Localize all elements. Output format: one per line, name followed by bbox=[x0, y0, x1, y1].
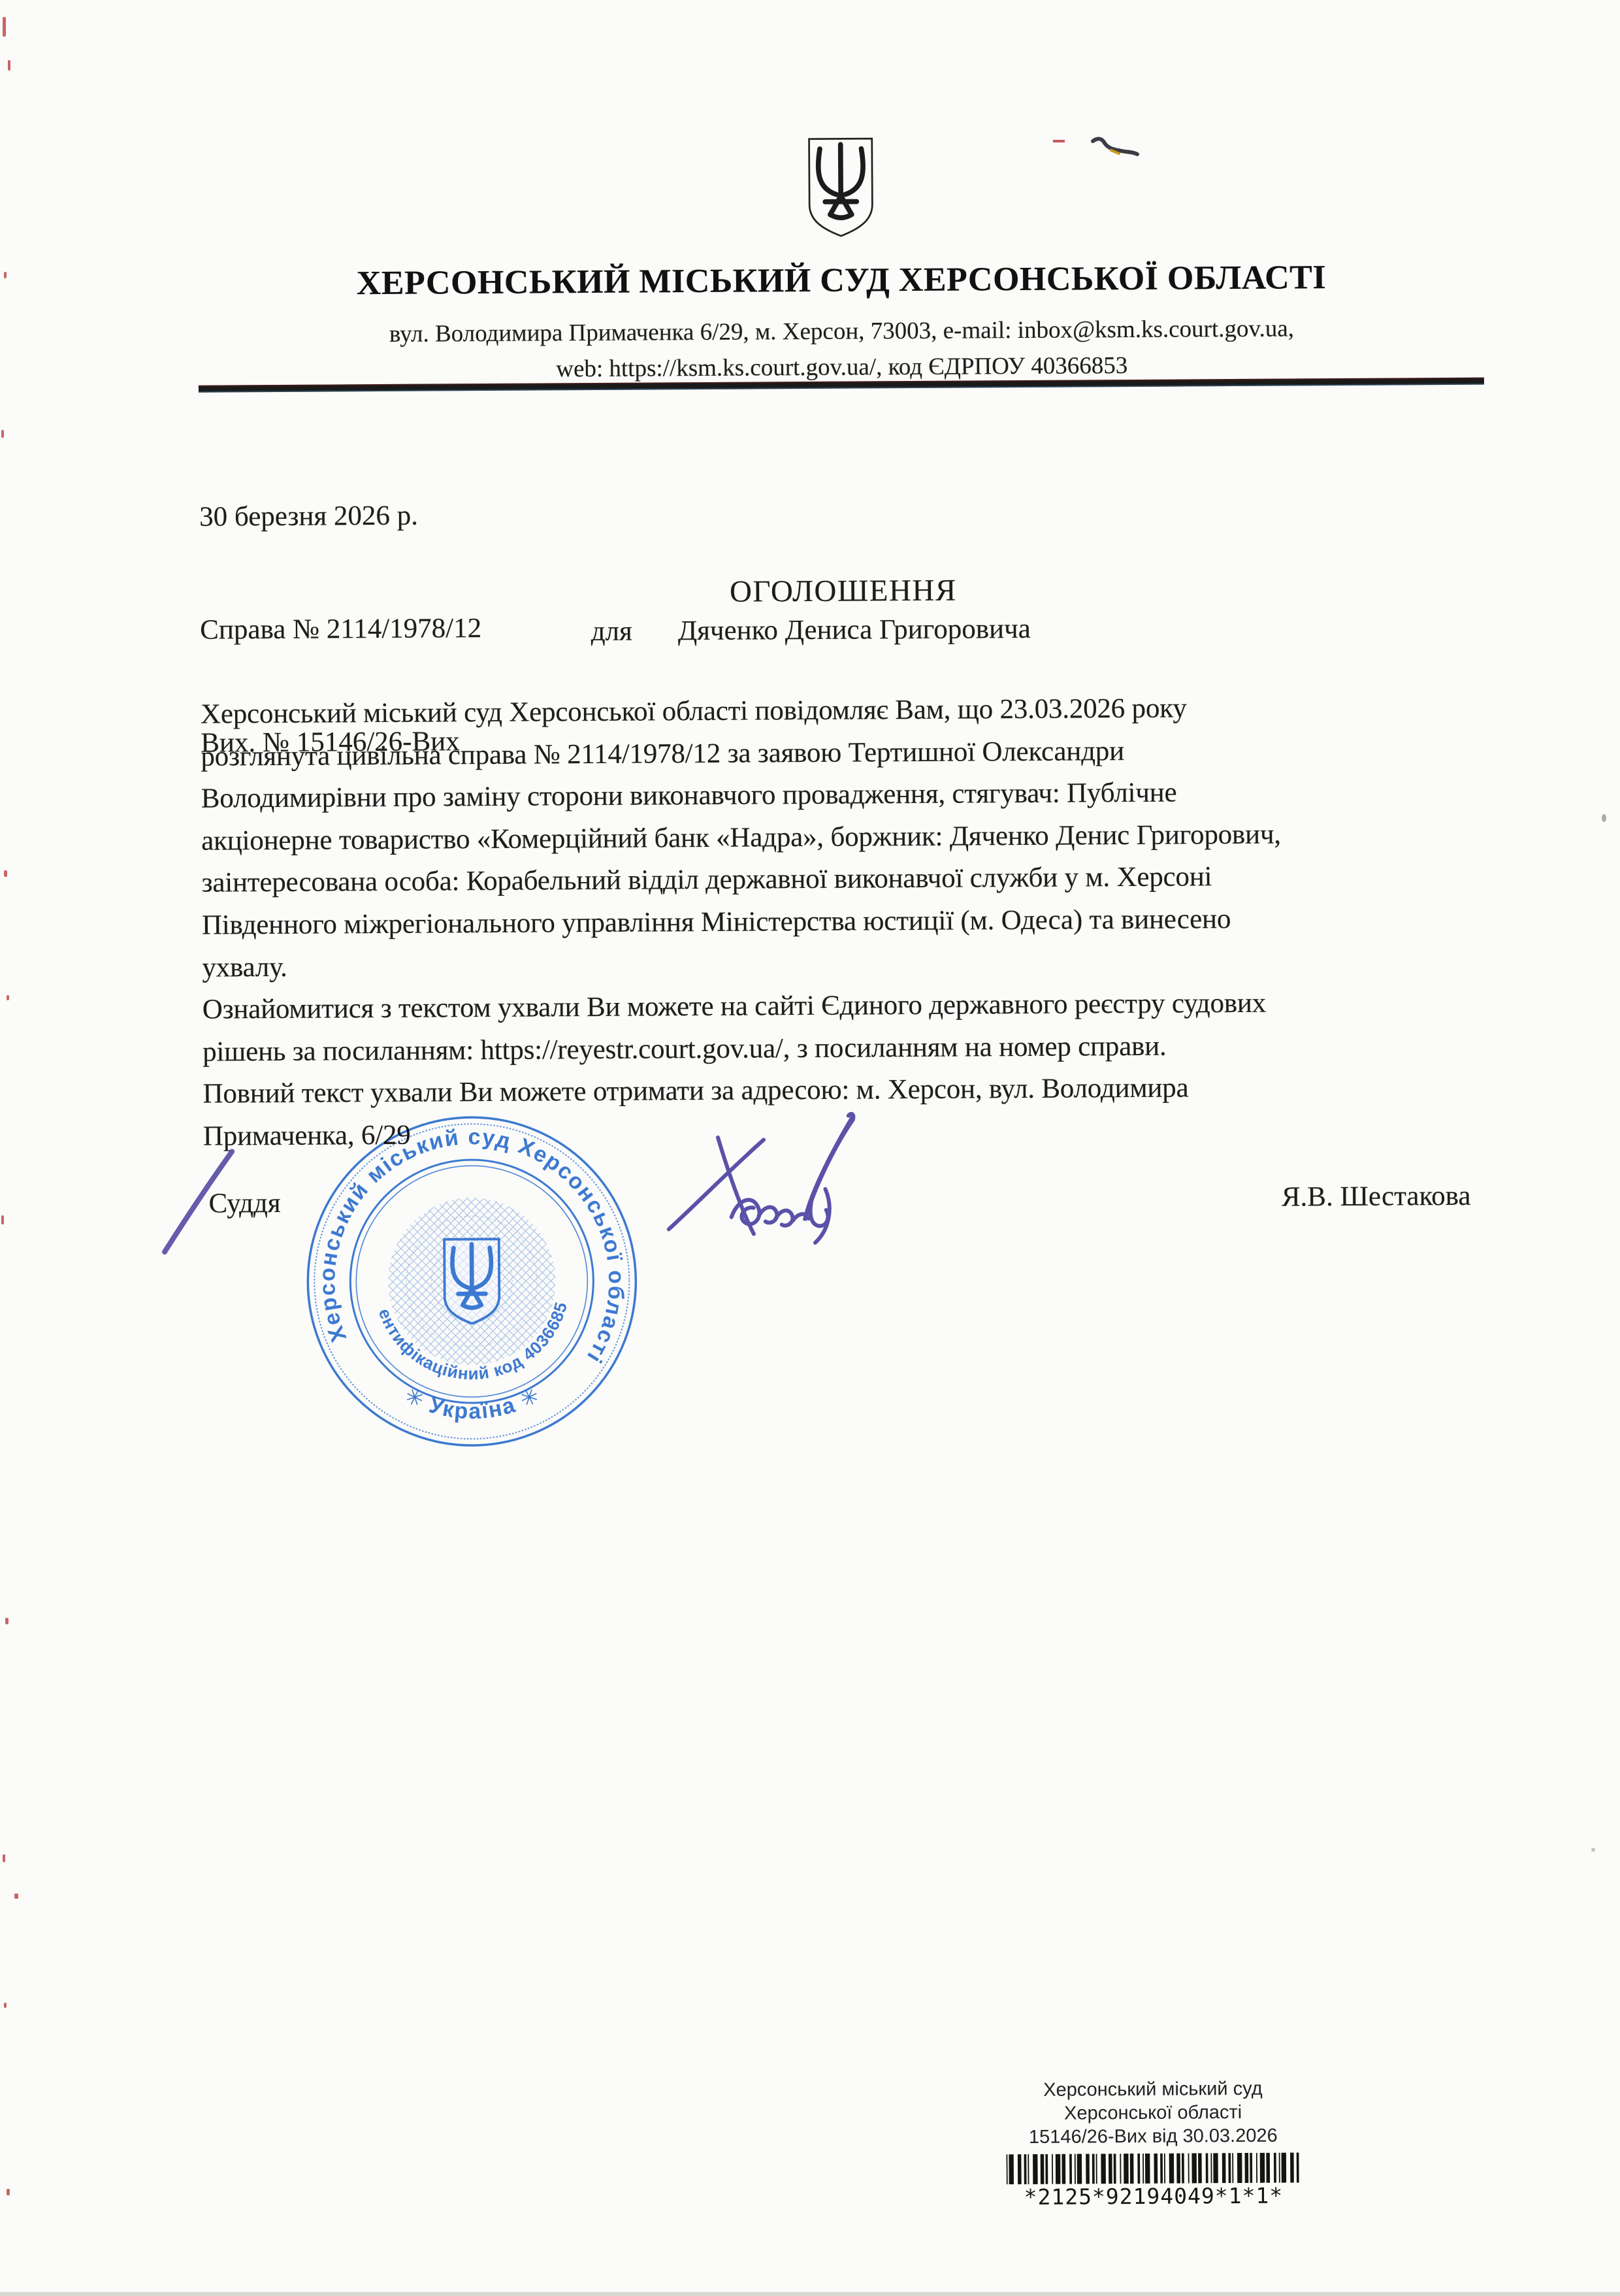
scan-speck bbox=[1591, 1848, 1595, 1852]
scan-artifact bbox=[5, 1618, 8, 1624]
judge-signature bbox=[654, 1105, 877, 1256]
barcode bbox=[1007, 2152, 1301, 2184]
scanned-court-document: ХЕРСОНСЬКИЙ МІСЬКИЙ СУД ХЕРСОНСЬКОЇ ОБЛА… bbox=[0, 0, 1620, 2296]
scan-artifact bbox=[4, 2003, 7, 2008]
body-paragraph: Херсонський міський суд Херсонської обла… bbox=[201, 687, 1283, 1158]
scan-artifact bbox=[1, 430, 4, 438]
scan-artifact bbox=[3, 17, 6, 37]
judge-role-label: Суддя bbox=[208, 1187, 280, 1220]
judge-name: Я.В. Шестакова bbox=[1020, 1180, 1470, 1215]
trident-emblem-icon bbox=[802, 133, 880, 240]
scan-artifact bbox=[8, 60, 10, 71]
barcode-caption: *2125*92194049*1*1* bbox=[931, 2184, 1376, 2210]
document-date: 30 березня 2026 р. bbox=[199, 497, 481, 536]
scan-artifact bbox=[7, 995, 9, 1000]
scan-artifact bbox=[14, 1894, 18, 1899]
scan-speck bbox=[1602, 814, 1606, 822]
court-seal-stamp: Херсонський міський суд Херсонської обла… bbox=[295, 1104, 649, 1459]
document-sheet: ХЕРСОНСЬКИЙ МІСЬКИЙ СУД ХЕРСОНСЬКОЇ ОБЛА… bbox=[0, 0, 1620, 2296]
scan-artifact bbox=[3, 1854, 5, 1862]
svg-text:✳ Україна ✳: ✳ Україна ✳ bbox=[400, 1382, 545, 1424]
footer-outgoing-ref: 15146/26-Вих від 30.03.2026 bbox=[931, 2124, 1375, 2150]
scan-artifact bbox=[4, 870, 7, 877]
court-name-title: ХЕРСОНСЬКИЙ МІСЬКИЙ СУД ХЕРСОНСЬКОЇ ОБЛА… bbox=[198, 257, 1485, 304]
footer-court-name: Херсонський міський суд bbox=[931, 2076, 1375, 2103]
seal-country-text: ✳ Україна ✳ bbox=[400, 1382, 545, 1424]
addressee-prefix: для bbox=[591, 616, 632, 647]
scan-artifact bbox=[7, 2189, 10, 2195]
registration-footer: Херсонський міський суд Херсонської обла… bbox=[931, 2076, 1376, 2210]
announcement-title: ОГОЛОШЕННЯ bbox=[200, 570, 1487, 613]
scan-artifact bbox=[1, 1215, 4, 1224]
scan-smudge bbox=[1048, 131, 1146, 160]
seal-trident-icon bbox=[444, 1239, 499, 1324]
footer-court-region: Херсонської області bbox=[931, 2100, 1375, 2126]
addressee-name: Дяченко Дениса Григоровича bbox=[678, 614, 1031, 646]
scan-artifact bbox=[4, 272, 7, 278]
announcement-addressee: дляДяченко Дениса Григоровича bbox=[200, 610, 1421, 649]
court-address-line: вул. Володимира Примаченка 6/29, м. Херс… bbox=[198, 314, 1485, 350]
